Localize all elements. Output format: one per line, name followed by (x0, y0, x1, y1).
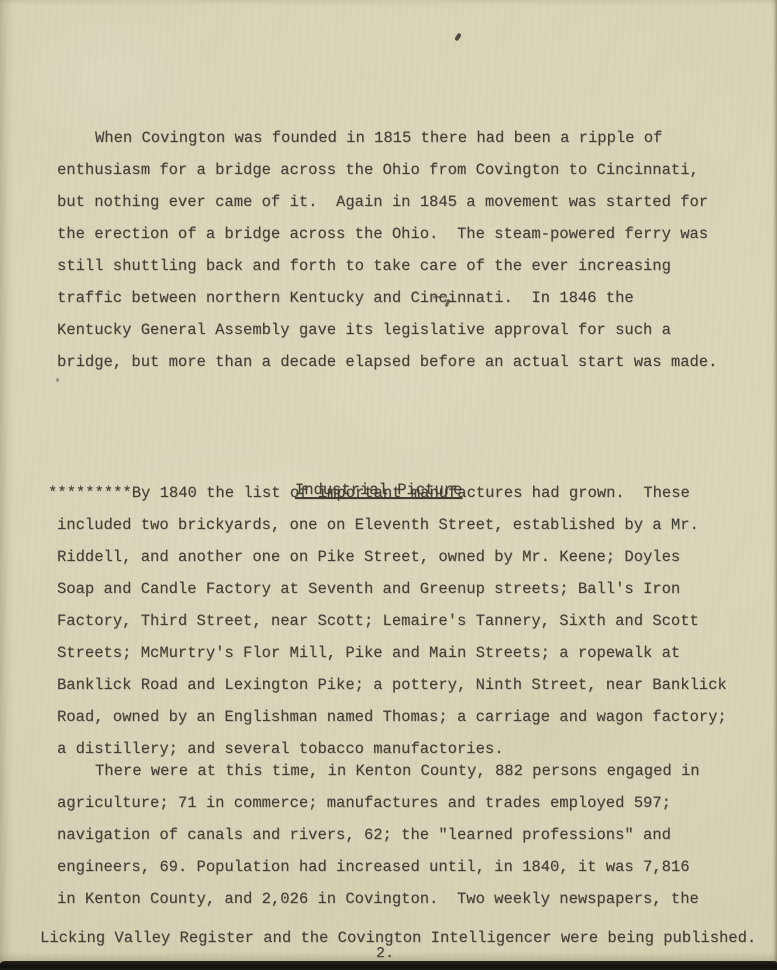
page-top-edge-shadow (0, 0, 777, 6)
ink-speck-top (454, 33, 462, 42)
page-number: 2. (0, 945, 770, 962)
paragraph-manufactures-list: *********By 1840 the list of important m… (57, 477, 757, 765)
typewritten-page: When Covington was founded in 1815 there… (0, 0, 777, 970)
ink-speck-left (56, 378, 59, 382)
page-right-edge-shadow (772, 0, 777, 970)
page-bottom-dark-edge (0, 961, 777, 970)
paragraph-bridge-history: When Covington was founded in 1815 there… (57, 122, 747, 378)
paragraph-county-statistics: There were at this time, in Kenton Count… (57, 755, 757, 915)
